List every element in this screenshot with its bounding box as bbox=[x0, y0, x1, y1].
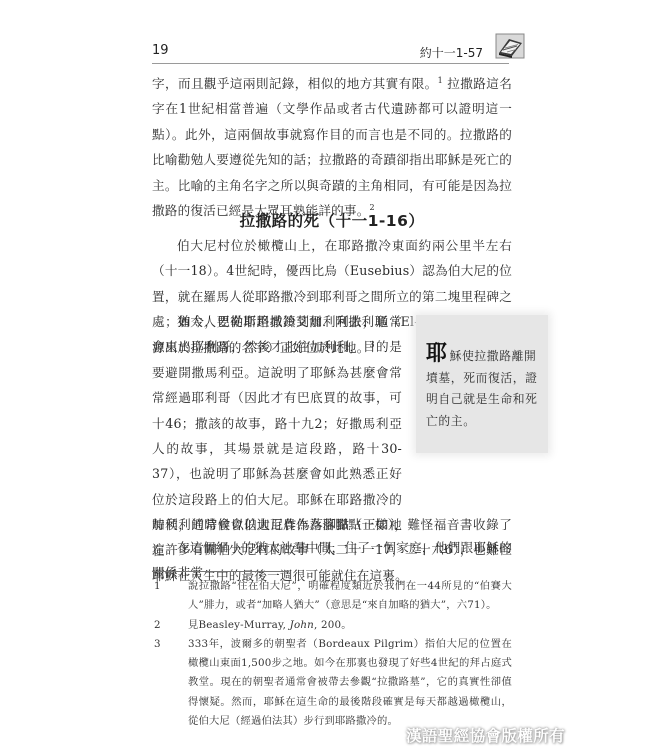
footnote-3: 3 333年，波爾多的朝聖者（Bordeaux Pilgrim）指伯大尼的位置在… bbox=[152, 635, 512, 731]
footnote-1: 1 說拉撒路“住在伯大尼”，明確程度類近於我們在一44所見的“伯賽大人”腓力，或… bbox=[152, 577, 512, 616]
copyright-watermark: 漢語聖經協會版權所有 bbox=[406, 724, 565, 746]
page-header: 19 約十一1-57 bbox=[152, 41, 509, 64]
book-icon bbox=[495, 33, 525, 59]
pull-quote-callout: 耶穌使拉撒路離開墳墓，死而復活，證明自己就是生命和死亡的主。 bbox=[416, 315, 548, 453]
footnotes: 1 說拉撒路“住在伯大尼”，明確程度類近於我們在一44所見的“伯賽大人”腓力，或… bbox=[152, 577, 512, 731]
running-title: 約十一1-57 bbox=[420, 44, 483, 61]
section-heading: 拉撒路的死（十一1-16） bbox=[152, 209, 512, 231]
footnote-divider bbox=[152, 571, 289, 572]
page-number: 19 bbox=[152, 43, 169, 58]
footnote-2: 2 見Beasley-Murray, John, 200。 bbox=[152, 616, 512, 635]
dropcap: 耶 bbox=[426, 340, 448, 365]
intro-paragraph: 字，而且觀乎這兩則記錄，相似的地方其實有限。1 拉撒路這名字在1世紀相當普遍（文… bbox=[152, 71, 512, 223]
